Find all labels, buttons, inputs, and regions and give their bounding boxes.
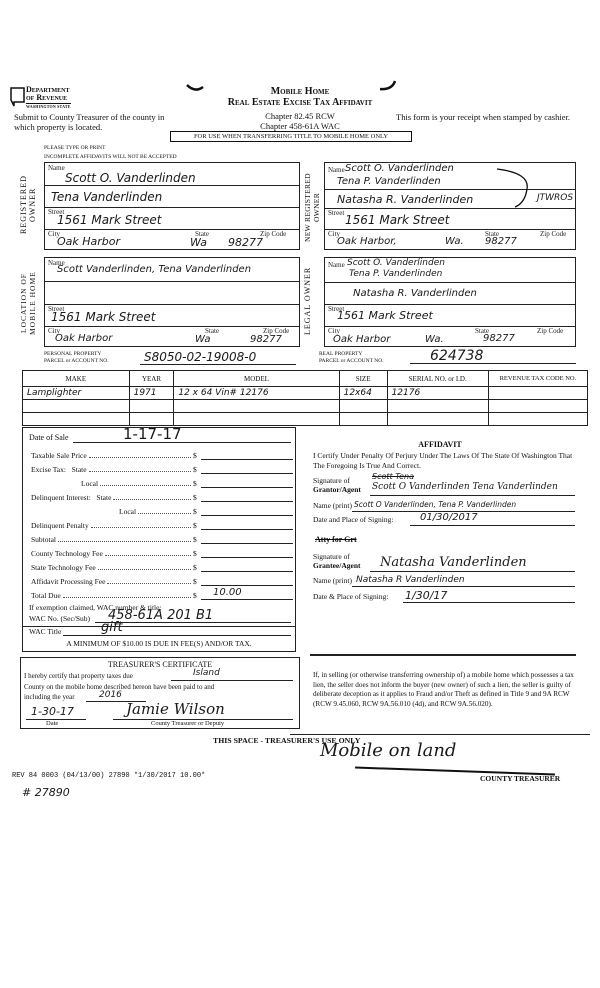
fee-amount[interactable] [201, 533, 293, 544]
fee-amount[interactable] [201, 449, 293, 460]
treasurer-date[interactable]: 1-30-17 [31, 705, 74, 718]
instruction-incomplete: INCOMPLETE AFFIDAVITS WILL NOT BE ACCEPT… [44, 154, 177, 160]
county-treasurer-label: COUNTY TREASURER [480, 774, 560, 783]
date-label: Date [46, 720, 58, 727]
fee-label: State Technology Fee [31, 563, 96, 572]
cashier-stamp: REV 84 0003 (04/13/00) 27890 *1/30/2017 … [12, 772, 205, 780]
grantor-signature-label: Signature of Grantor/Agent [313, 476, 361, 494]
form-title-line2: Real Estate Excise Tax Affidavit [180, 97, 420, 108]
grantor-name-label: Name (print) [313, 501, 352, 510]
receipt-note: This form is your receipt when stamped b… [396, 112, 586, 122]
fee-label: County Technology Fee [31, 549, 103, 558]
wac-no-value[interactable]: 458-61A 201 B1 [108, 608, 213, 623]
instruction-type-print: PLEASE TYPE OR PRINT [44, 145, 105, 151]
new-registered-owner-label: NEW REGISTERED OWNER [303, 165, 325, 250]
legal-owner-state[interactable]: Wa. [425, 334, 444, 345]
real-property-parcel[interactable]: 624738 [410, 348, 576, 364]
fee-row-state-tech-fee: State Technology Fee$ [31, 559, 293, 572]
parcel-label-line1: PERSONAL PROPERTY [44, 351, 109, 358]
model-cell[interactable] [174, 400, 339, 413]
grantor-signature-line [370, 495, 575, 496]
fee-row-affidavit-processing-fee: Affidavit Processing Fee$ [31, 573, 293, 586]
new-owner-state[interactable]: Wa. [445, 236, 464, 247]
treasurer-cert-text3: including the year [24, 693, 75, 701]
affidavit-title: AFFIDAVIT [300, 440, 580, 449]
registered-owner-city[interactable]: Oak Harbor [57, 235, 120, 248]
fee-label: Local [81, 479, 98, 488]
registered-owner-state[interactable]: Wa [190, 236, 207, 249]
chapter-wac: Chapter 458-61A WAC [220, 121, 380, 131]
dollar-sign: $ [193, 563, 201, 572]
table-row [23, 413, 588, 426]
year-cell[interactable] [129, 400, 174, 413]
location-label: LOCATION OF MOBILE HOME [19, 258, 43, 348]
tenancy-note[interactable]: JTWROS [537, 193, 587, 203]
col-model: MODEL [174, 371, 339, 387]
zip-label: Zip Code [540, 230, 566, 238]
location-city[interactable]: Oak Harbor [55, 333, 112, 344]
revenue-code-cell[interactable] [488, 387, 587, 400]
fee-label: Delinquent Penalty [31, 521, 89, 530]
fee-amount[interactable] [201, 575, 293, 586]
legal-owner-city[interactable]: Oak Harbor [333, 334, 390, 345]
name-label: Name [48, 164, 65, 172]
fee-row-delinquent-penalty: Delinquent Penalty$ [31, 517, 293, 530]
new-owner-name3[interactable]: Natasha R. Vanderlinden [337, 193, 473, 206]
parcel-label-line1: REAL PROPERTY [319, 351, 384, 358]
county-line [171, 680, 293, 681]
treasurer-certificate-title: TREASURER'S CERTIFICATE [21, 660, 299, 669]
new-owner-city[interactable]: Oak Harbor, [337, 236, 397, 247]
fee-row-subtotal: Subtotal$ [31, 531, 293, 544]
legal-owner-name3[interactable]: Natasha R. Vanderlinden [353, 288, 477, 299]
fees-section: Date of Sale 1-17-17 Taxable Sale Price$… [22, 427, 296, 627]
grantee-sig-label2: Grantee/Agent [313, 561, 361, 570]
location-state[interactable]: Wa [195, 334, 210, 345]
fee-row-county-tech-fee: County Technology Fee$ [31, 545, 293, 558]
date-of-sale-value[interactable]: 1-17-17 [123, 425, 182, 443]
total-due-amount[interactable]: 10.00 [201, 589, 293, 600]
dollar-sign: $ [193, 535, 201, 544]
lien-notice: If, in selling (or otherwise transferrin… [313, 671, 588, 709]
treasurer-use-divider [290, 734, 590, 735]
grantee-signature[interactable]: Natasha Vanderlinden [380, 555, 527, 570]
parcel-label-line2: PARCEL or ACCOUNT NO. [44, 358, 109, 365]
dollar-sign: $ [193, 507, 201, 516]
col-revenue-code: REVENUE TAX CODE NO. [488, 371, 587, 387]
bracket-mark [495, 165, 535, 209]
table-header-row: MAKE YEAR MODEL SIZE SERIAL NO. or I.D. … [23, 371, 588, 387]
treasurer-certificate-section: TREASURER'S CERTIFICATE I hereby certify… [20, 657, 300, 729]
fee-amount[interactable] [201, 505, 293, 516]
wac-no-label: WAC No. (Sec/Sub) [29, 614, 90, 623]
model-cell[interactable]: 12 x 64 Vin# 12176 [174, 387, 339, 400]
grantee-name-label: Name (print) [313, 576, 352, 585]
col-year: YEAR [129, 371, 174, 387]
col-make: MAKE [23, 371, 130, 387]
fee-row-delinquent-interest-local: Local$ [31, 503, 293, 516]
grantor-signature[interactable]: Scott O Vanderlinden Tena Vanderlinden [372, 482, 558, 492]
legal-owner-name1[interactable]: Scott O. Vanderlinden [347, 258, 445, 268]
revenue-code-cell[interactable] [488, 400, 587, 413]
dollar-sign: $ [193, 493, 201, 502]
wac-title-label: WAC Title [29, 627, 61, 636]
zip-label: Zip Code [537, 327, 563, 335]
grantor-sig-label2: Grantor/Agent [313, 485, 361, 494]
name-label: Name [328, 261, 345, 269]
affidavit-divider [310, 654, 576, 656]
registered-owner-street[interactable]: 1561 Mark Street [57, 213, 161, 227]
new-owner-name2[interactable]: Tena P. Vanderlinden [337, 176, 441, 187]
grantor-name-print[interactable]: Scott O Vanderlinden, Tena P. Vanderlind… [354, 500, 516, 509]
submit-note: Submit to County Treasurer of the county… [14, 112, 184, 132]
personal-property-label: PERSONAL PROPERTY PARCEL or ACCOUNT NO. [44, 351, 109, 365]
chapter-rcw: Chapter 82.45 RCW [220, 111, 380, 121]
name-label: Name [328, 166, 345, 174]
grantor-date-value[interactable]: 01/30/2017 [420, 512, 478, 523]
grantee-signature-line [370, 571, 575, 572]
fee-row-delinquent-interest-state: Delinquent Interest: State$ [31, 489, 293, 502]
washington-state-icon [10, 86, 26, 108]
grantor-date-label: Date and Place of Signing: [313, 515, 393, 524]
serial-cell[interactable] [387, 413, 488, 426]
fee-row-excise-state: Excise Tax: State$ [31, 461, 293, 474]
use-banner: FOR USE WHEN TRANSFERRING TITLE TO MOBIL… [170, 131, 412, 142]
receipt-number: # 27890 [22, 786, 70, 799]
real-property-label: REAL PROPERTY PARCEL or ACCOUNT NO. [319, 351, 384, 365]
fee-amount[interactable] [201, 477, 293, 488]
street-label: Street [328, 209, 344, 217]
registered-owner-zip[interactable]: 98277 [228, 236, 263, 249]
location-street[interactable]: 1561 Mark Street [51, 310, 155, 324]
size-cell[interactable] [339, 400, 387, 413]
serial-cell[interactable]: 12176 [387, 387, 488, 400]
table-row [23, 400, 588, 413]
grantee-strikeout: Atty for Grt [315, 535, 357, 544]
location-zip[interactable]: 98277 [250, 334, 282, 345]
grantee-name-line [352, 586, 575, 587]
fee-amount[interactable] [201, 547, 293, 558]
grantor-sig-label1: Signature of [313, 476, 361, 485]
legal-owner-street[interactable]: 1561 Mark Street [337, 309, 433, 322]
grantee-sig-label1: Signature of [313, 552, 361, 561]
new-owner-street[interactable]: 1561 Mark Street [345, 213, 449, 227]
new-registered-owner-section: Name Scott O. Vanderlinden Tena P. Vande… [324, 162, 576, 250]
treasurer-county[interactable]: Island [193, 668, 220, 678]
revenue-code-cell[interactable] [488, 413, 587, 426]
minimum-due-note: A MINIMUM OF $10.00 IS DUE IN FEE(S) AND… [23, 639, 295, 648]
location-name1[interactable]: Scott Vanderlinden, Tena Vanderlinden [57, 264, 251, 275]
serial-cell[interactable] [387, 400, 488, 413]
fee-label: Delinquent Interest: State [31, 493, 111, 502]
grantor-signature-strikeout: Scott Tena [372, 472, 414, 481]
dollar-sign: $ [193, 521, 201, 530]
fee-row-excise-local: Local$ [31, 475, 293, 488]
dor-logo: Department of Revenue Washington State [10, 86, 80, 112]
col-size: SIZE [339, 371, 387, 387]
new-owner-zip[interactable]: 98277 [485, 236, 517, 247]
fee-amount[interactable] [201, 463, 293, 474]
new-owner-name1[interactable]: Scott O. Vanderlinden [345, 163, 454, 174]
grantee-date-line [403, 602, 575, 603]
fee-amount[interactable] [201, 519, 293, 530]
legal-owner-section: Name Scott O. Vanderlinden Tena P. Vande… [324, 257, 576, 347]
registered-owner-name2[interactable]: Tena Vanderlinden [51, 190, 162, 204]
registered-owner-section: Name Scott O. Vanderlinden Tena Vanderli… [44, 162, 300, 250]
fee-amount[interactable] [201, 491, 293, 502]
fee-label: Total Due [31, 591, 61, 600]
dollar-sign: $ [193, 549, 201, 558]
personal-property-parcel[interactable]: S8050-02-19008-0 [140, 350, 296, 365]
fee-label: Local [119, 507, 136, 516]
dollar-sign: $ [193, 451, 201, 460]
date-of-sale-label: Date of Sale [29, 433, 69, 442]
agency-line2: of Revenue [26, 94, 67, 102]
make-cell[interactable] [23, 400, 130, 413]
legal-owner-name2[interactable]: Tena P. Vanderlinden [349, 269, 442, 279]
form-title-line1: Mobile Home [200, 86, 400, 97]
wac-title-section: WAC Title gift A MINIMUM OF $10.00 IS DU… [22, 626, 296, 652]
registered-owner-label: REGISTERED OWNER [19, 165, 43, 245]
fee-label: Subtotal [31, 535, 56, 544]
dollar-sign: $ [193, 577, 201, 586]
grantee-signature-label: Signature of Grantee/Agent [313, 552, 361, 570]
legal-owner-zip[interactable]: 98277 [483, 333, 515, 344]
grantor-date-line [410, 525, 575, 526]
dollar-sign: $ [193, 591, 201, 600]
fee-label: Affidavit Processing Fee [31, 577, 105, 586]
year-cell[interactable] [129, 413, 174, 426]
agency-line3: Washington State [26, 103, 71, 109]
zip-label: Zip Code [260, 230, 286, 238]
treasurer-year[interactable]: 2016 [99, 690, 122, 700]
registered-owner-name1[interactable]: Scott O. Vanderlinden [65, 171, 196, 185]
make-cell[interactable]: Lamplighter [23, 387, 130, 400]
parcel-label-line2: PARCEL or ACCOUNT NO. [319, 358, 384, 365]
location-section: Name Scott Vanderlinden, Tena Vanderlind… [44, 257, 300, 347]
mobile-home-details-table: MAKE YEAR MODEL SIZE SERIAL NO. or I.D. … [22, 370, 588, 426]
wac-title-line [63, 635, 291, 636]
grantee-name-print[interactable]: Natasha R Vanderlinden [356, 575, 465, 585]
treasurer-use-note[interactable]: Mobile on land [320, 740, 456, 761]
fee-label: Taxable Sale Price [31, 451, 87, 460]
treasurer-signature-label: County Treasurer or Deputy [151, 720, 224, 727]
grantee-date-label: Date & Place of Signing: [313, 592, 388, 601]
col-serial: SERIAL NO. or I.D. [387, 371, 488, 387]
treasurer-signature[interactable]: Jamie Wilson [126, 700, 225, 718]
model-cell[interactable] [174, 413, 339, 426]
fee-row-taxable-sale-price: Taxable Sale Price$ [31, 447, 293, 460]
grantee-date-value[interactable]: 1/30/17 [405, 589, 447, 602]
table-row: Lamplighter 1971 12 x 64 Vin# 12176 12x6… [23, 387, 588, 400]
year-cell[interactable]: 1971 [129, 387, 174, 400]
dollar-sign: $ [193, 465, 201, 474]
fee-label: Excise Tax: State [31, 465, 87, 474]
make-cell[interactable] [23, 413, 130, 426]
fee-row-total-due: Total Due$10.00 [31, 587, 293, 600]
dollar-sign: $ [193, 479, 201, 488]
size-cell[interactable] [339, 413, 387, 426]
legal-owner-label: LEGAL OWNER [303, 258, 325, 343]
wac-title-value[interactable]: gift [101, 620, 123, 635]
size-cell[interactable]: 12x64 [339, 387, 387, 400]
affidavit-certify-text: I Certify Under Penalty Of Perjury Under… [313, 451, 583, 471]
treasurer-cert-text1: I hereby certify that property taxes due [24, 672, 133, 680]
date-of-sale-line [73, 442, 291, 443]
fee-amount[interactable] [201, 561, 293, 572]
